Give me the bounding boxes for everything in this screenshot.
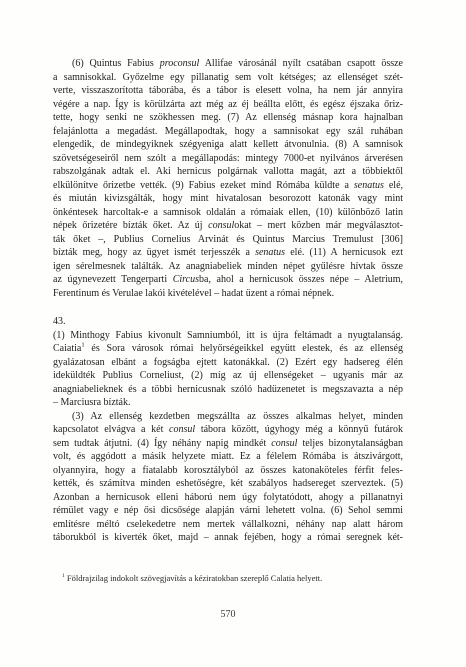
text-run: tette, hogy senki ne szökhessen meg. (7)…	[53, 112, 403, 123]
text-line: kették, és számítva minden eshetőségre, …	[53, 477, 403, 491]
text-run: olyannyira, hogy a fiatalabb korosztályb…	[53, 465, 403, 476]
text-block: (6) Quintus Fabius proconsul Allifae vár…	[53, 57, 403, 545]
text-run: Allifae városánál nyílt csatában csapott…	[199, 58, 403, 69]
text-run: sem tudtak átjutni. (4) Így néhány napig…	[53, 438, 271, 449]
text-run: ták őket –, Publius Cornelius Arvinát és…	[53, 234, 403, 245]
text-run: említésre méltó cselekedetre nem mertek …	[53, 519, 403, 530]
text-line: Ferentinum és Verulae lakói kivételével …	[53, 287, 403, 301]
text-run: végére a nap. Így is körülzárta azt még …	[53, 99, 403, 110]
text-line: (1) Minthogy Fabius kivonult Samniumból,…	[53, 329, 403, 343]
text-line: kapcsolatot elvágva a két consul tábora …	[53, 423, 403, 437]
paragraph-chapter-42: (6) Quintus Fabius proconsul Allifae vár…	[53, 57, 403, 300]
text-line: népek őrizetére bízták őket. Az új consu…	[53, 219, 403, 233]
text-run: teljes bizonytalanságban	[297, 438, 403, 449]
text-line: táborukból is kiverték őket, majd – anna…	[53, 531, 403, 545]
text-line: anagniabelieknek és a többi hernicusnak …	[53, 383, 403, 397]
text-line: verte, visszaszorította táborába, és a t…	[53, 84, 403, 98]
text-line: elkülönítve őrizetbe vették. (9) Fabius …	[53, 179, 403, 193]
text-run: tábora között, úgyhogy még a könnyű futá…	[195, 424, 403, 435]
text-run: népek őrizetére bízták őket. Az új	[53, 220, 208, 231]
text-line: (6) Quintus Fabius proconsul Allifae vár…	[53, 57, 403, 71]
paragraph-gap	[53, 300, 403, 315]
latin-term: senatus	[354, 180, 384, 191]
text-run: rémület vagy e nép ősi dicsősége alapján…	[53, 505, 403, 516]
text-line: gyalázatosan elbánt a fogságba ejtett ka…	[53, 356, 403, 370]
text-line: 43.	[53, 315, 403, 329]
text-line: a samnisokkal. Győzelme egy pillanatig s…	[53, 71, 403, 85]
text-run: önkéntesek harcoltak-e a samnisok oldalá…	[53, 207, 403, 218]
text-run: Azonban a hernicusok elleni háború nem ú…	[53, 492, 403, 503]
text-run: rabszolgának adtak el. Aki hernicus polg…	[53, 166, 403, 177]
footnote: 1 Földrajzilag indokolt szövegjavítás a …	[53, 572, 403, 586]
text-run: elengedik, de mindegyiknek szégyeniga al…	[53, 139, 403, 150]
book-page: (6) Quintus Fabius proconsul Allifae vár…	[0, 0, 466, 667]
text-line: végére a nap. Így is körülzárta azt még …	[53, 98, 403, 112]
paragraph-chapter-43-war: (3) Az ellenség kezdetben megszállta az …	[53, 410, 403, 545]
text-run: elé,	[384, 180, 403, 191]
latin-term: consul	[208, 220, 234, 231]
text-run: táborukból is kiverték őket, majd – anna…	[53, 532, 403, 543]
text-line: 1 Földrajzilag indokolt szövegjavítás a …	[53, 572, 403, 586]
text-run: Földrajzilag indokolt szövegjavítás a ké…	[65, 573, 323, 583]
text-run: kették, és számítva minden eshetőségre, …	[53, 478, 403, 489]
page-number: 570	[53, 609, 403, 620]
text-line: sem tudtak átjutni. (4) Így néhány napig…	[53, 437, 403, 451]
text-run: volt, és aggódott a másik helyzete miatt…	[53, 451, 403, 462]
text-run: gyalázatosan elbánt a fogságba ejtett ka…	[53, 357, 403, 368]
text-line: – Marciusra bízták.	[53, 396, 403, 410]
text-run: (3) Az ellenség kezdetben megszállta az …	[72, 411, 403, 422]
text-run: Ferentinum és Verulae lakói kivételével …	[53, 288, 334, 299]
text-run: – Marciusra bízták.	[53, 397, 130, 408]
text-line: Caiatia1 és Sora városok római helyőrség…	[53, 342, 403, 356]
text-line: és miután kivizsgálták, hogy mint hivata…	[53, 192, 403, 206]
text-line: bízták meg, hogy az ügyet ismét terjessz…	[53, 246, 403, 260]
text-line: szövetségeseiről nem szólt a megállapodá…	[53, 152, 403, 166]
text-run: verte, visszaszorította táborába, és a t…	[53, 85, 403, 96]
section-number: 43.	[53, 315, 403, 329]
text-line: tette, hogy senki ne szökhessen meg. (7)…	[53, 111, 403, 125]
text-line: igen sérelmesnek találták. Az anagniabel…	[53, 260, 403, 274]
text-run: kapcsolatot elvágva a két	[53, 424, 169, 435]
text-run: ba, ahol a hernicusok összes népe – Alet…	[199, 274, 403, 285]
text-line: ideküldték Publius Corneliust, (2) míg a…	[53, 369, 403, 383]
text-run: és Sora városok római helyőrségeikkel eg…	[85, 343, 403, 354]
latin-term: proconsul	[160, 58, 200, 69]
text-run: okat – mert közben már megválasztot-	[234, 220, 403, 231]
latin-term: senatus	[255, 247, 285, 258]
text-line: volt, és aggódott a másik helyzete miatt…	[53, 450, 403, 464]
text-run: 43.	[53, 316, 66, 327]
text-run: igen sérelmesnek találták. Az anagniabel…	[53, 261, 403, 272]
latin-term: consul	[169, 424, 195, 435]
text-line: az úgynevezett Tengerparti Circusba, aho…	[53, 273, 403, 287]
text-run: felajánlotta a megadást. Megállapodtak, …	[53, 126, 403, 137]
latin-term: consul	[271, 438, 297, 449]
text-line: Azonban a hernicusok elleni háború nem ú…	[53, 491, 403, 505]
text-line: (3) Az ellenség kezdetben megszállta az …	[53, 410, 403, 424]
latin-term: Circus	[173, 274, 199, 285]
text-line: rémület vagy e nép ősi dicsősége alapján…	[53, 504, 403, 518]
text-run: elé. (11) A hernicusok ezt	[285, 247, 403, 258]
text-run: elkülönítve őrizetbe vették. (9) Fabius …	[53, 180, 354, 191]
text-run: és miután kivizsgálták, hogy mint hivata…	[53, 193, 403, 204]
text-run: a samnisokkal. Győzelme egy pillanatig s…	[53, 72, 403, 83]
text-run: szövetségeseiről nem szólt a megállapodá…	[53, 153, 403, 164]
text-run: bízták meg, hogy az ügyet ismét terjessz…	[53, 247, 255, 258]
text-line: elengedik, de mindegyiknek szégyeniga al…	[53, 138, 403, 152]
text-line: olyannyira, hogy a fiatalabb korosztályb…	[53, 464, 403, 478]
paragraph-chapter-43-intro: (1) Minthogy Fabius kivonult Samniumból,…	[53, 329, 403, 410]
text-run: ideküldték Publius Corneliust, (2) míg a…	[53, 370, 403, 381]
text-run: (6) Quintus Fabius	[72, 58, 160, 69]
text-run: (1) Minthogy Fabius kivonult Samniumból,…	[53, 330, 403, 341]
text-run: az úgynevezett Tengerparti	[53, 274, 173, 285]
text-run: Caiatia	[53, 343, 81, 354]
text-line: ták őket –, Publius Cornelius Arvinát és…	[53, 233, 403, 247]
text-line: rabszolgának adtak el. Aki hernicus polg…	[53, 165, 403, 179]
text-line: felajánlotta a megadást. Megállapodtak, …	[53, 125, 403, 139]
text-line: önkéntesek harcoltak-e a samnisok oldalá…	[53, 206, 403, 220]
text-line: említésre méltó cselekedetre nem mertek …	[53, 518, 403, 532]
text-run: anagniabelieknek és a többi hernicusnak …	[53, 384, 403, 395]
